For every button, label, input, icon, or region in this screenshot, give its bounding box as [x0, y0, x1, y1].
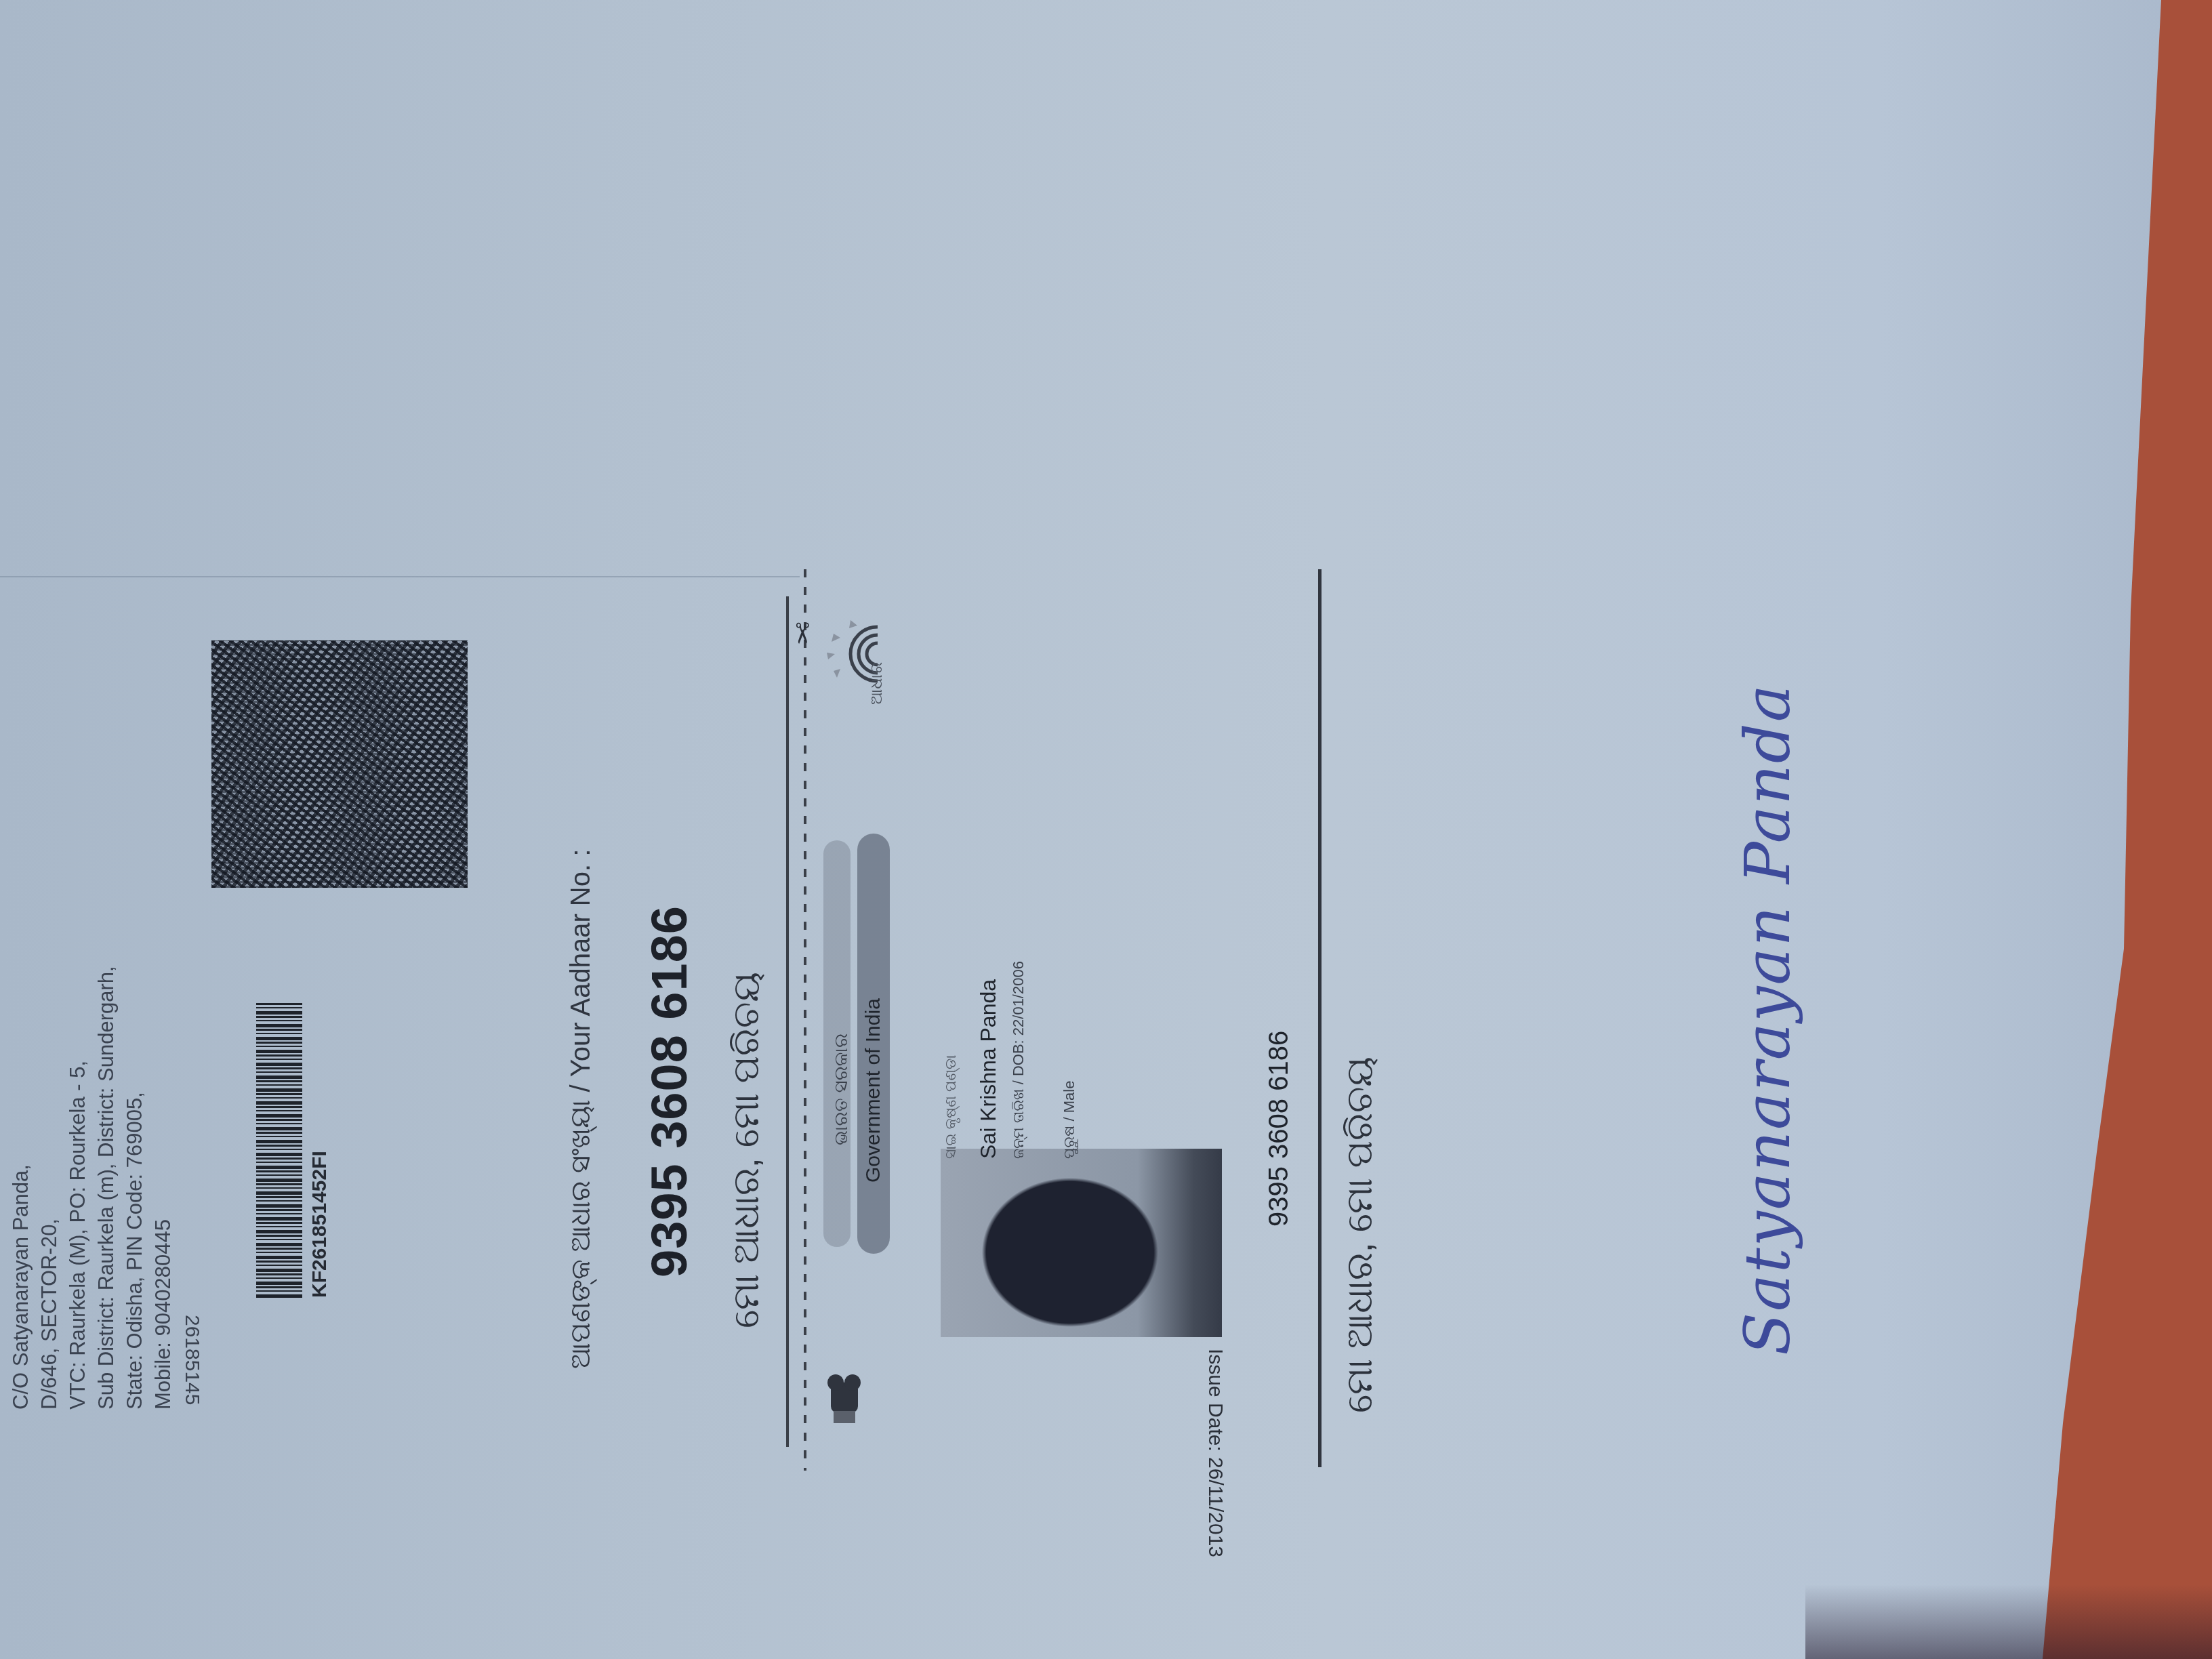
photo [941, 1149, 1222, 1337]
barcode-text: KF261851452FI [308, 1151, 331, 1298]
address-line: Mobile: 9040280445 [149, 966, 178, 1410]
cut-line [804, 569, 806, 1471]
name-odia: ସାଇ କୃଷ୍ଣ ପଣ୍ଡା [942, 1055, 960, 1159]
address-line: State: Odisha, PIN Code: 769005, [121, 966, 149, 1410]
aadhaar-number-label: ଆପଣଙ୍କ ଆଧାର ସଂଖ୍ୟା / Your Aadhaar No. : [566, 849, 596, 1369]
qr-code [211, 640, 468, 888]
address-line: D/646, SECTOR-20, [35, 966, 64, 1410]
address-line: C/O Satyanarayan Panda, [7, 966, 35, 1410]
desk-surface [1982, 0, 2212, 1659]
serial-number: 26185145 [180, 1315, 203, 1405]
dob-label: ଜନ୍ମ ତାରିଖ / DOB: [1010, 1040, 1027, 1159]
gender: ପୁରୁଷ / Male [1061, 1081, 1078, 1159]
holder-name: Sai Krishna Panda [976, 979, 1001, 1159]
shadow [1805, 1584, 2212, 1659]
address-line: Sub District: Raurkela (m), District: Su… [92, 966, 121, 1410]
issue-date: Issue Date: 26/11/2013 [1204, 1349, 1227, 1557]
handwritten-signature: Satyanarayan Panda [1732, 683, 1804, 1355]
card-tagline-odia: ମୋ ଆଧାର, ମୋ ପରିଚୟ [1338, 1057, 1381, 1413]
aadhaar-number: 9395 3608 6186 [640, 905, 698, 1277]
address-block: C/O Satyanarayan Panda, D/646, SECTOR-20… [7, 966, 178, 1410]
paper-fold-line [0, 576, 800, 577]
government-of-india: Government of India [862, 998, 885, 1183]
barcode [256, 1003, 302, 1298]
scissors-icon: ✂ [785, 621, 819, 645]
government-odia: ଭାରତ ସରକାର [830, 1033, 853, 1145]
divider-line [786, 596, 789, 1447]
national-emblem-icon [825, 1369, 863, 1427]
dob-value: 22/01/2006 [1010, 961, 1027, 1036]
tagline-odia: ମୋ ଆଧାର, ମୋ ପରିଚୟ [725, 972, 768, 1328]
aadhaar-logo-text: ଆଧାର [867, 662, 886, 705]
address-line: VTC: Raurkela (M), PO: Rourkela - 5, [64, 966, 92, 1410]
card-aadhaar-number: 9395 3608 6186 [1264, 1031, 1294, 1227]
dob: ଜନ୍ମ ତାରିଖ / DOB: 22/01/2006 [1010, 961, 1027, 1159]
divider-line [1318, 569, 1322, 1467]
